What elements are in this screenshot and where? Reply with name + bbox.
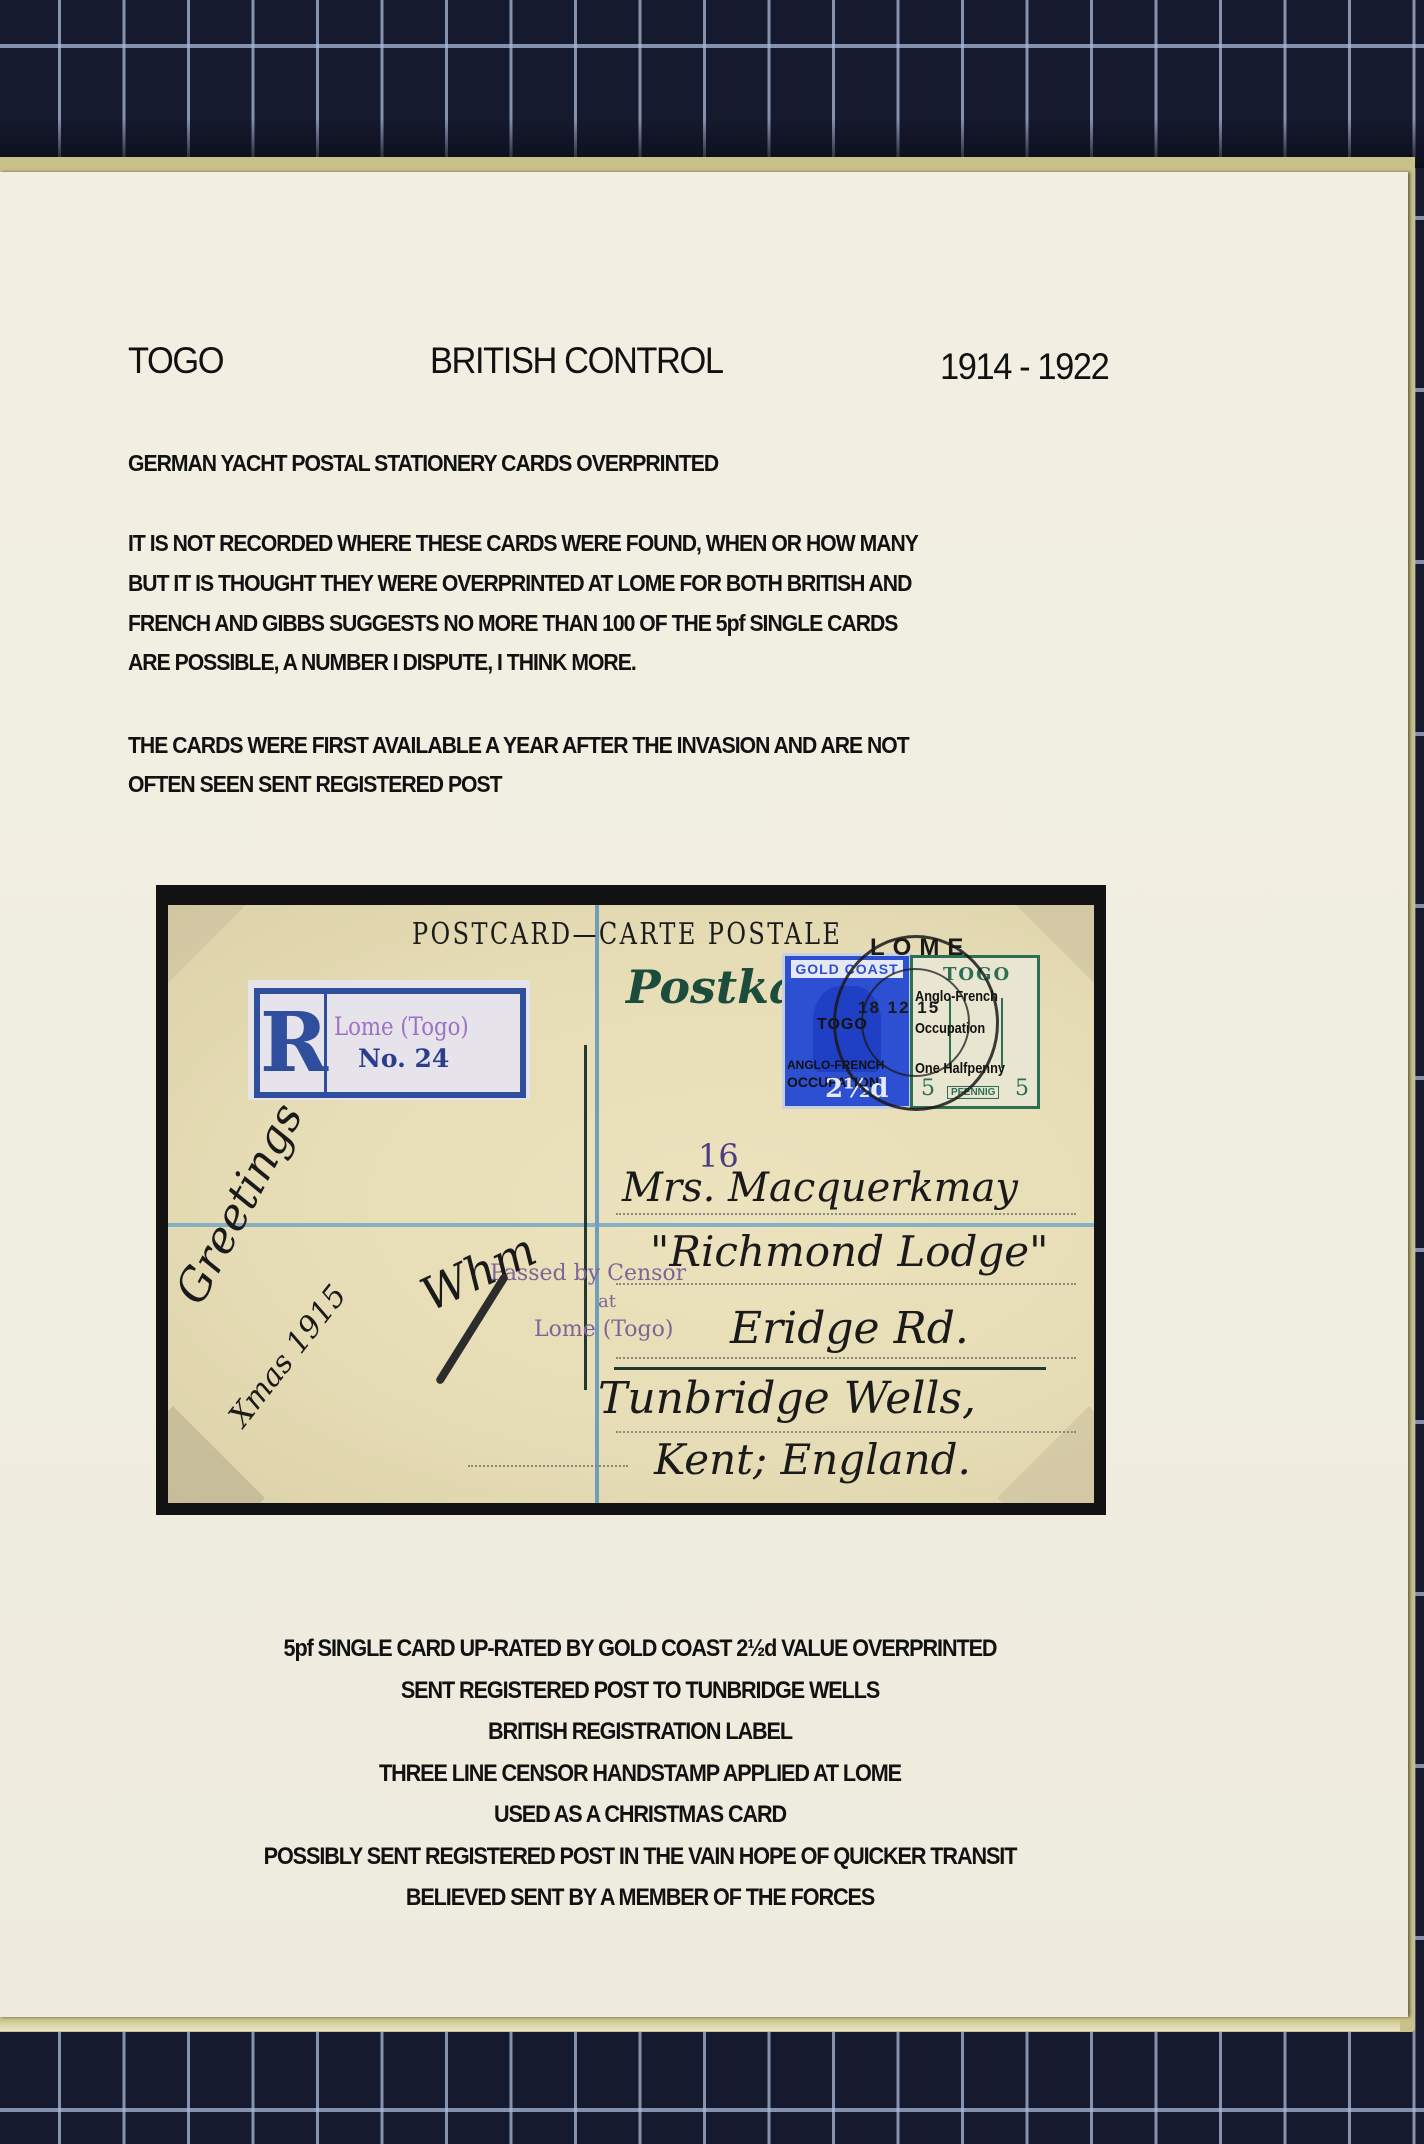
postcard: POSTCARD—CARTE POSTALE R Lome (Togo) No.… [168, 905, 1094, 1503]
paragraph2-line1: THE CARDS WERE FIRST AVAILABLE A YEAR AF… [128, 732, 909, 759]
caption-line: BELIEVED SENT BY A MEMBER OF THE FORCES [190, 1877, 1090, 1919]
caption-block: 5pf SINGLE CARD UP-RATED BY GOLD COAST 2… [140, 1628, 1140, 1919]
postmark-town: LOME [870, 934, 971, 962]
paragraph1-line1: IT IS NOT RECORDED WHERE THESE CARDS WER… [128, 530, 918, 557]
album-sheet-bottom-edge [0, 2017, 1400, 2031]
address-rule [614, 1367, 1046, 1370]
address-line-1: Mrs. Macquerkmay [622, 1165, 1018, 1211]
handwritten-date: Xmas 1915 [222, 1279, 354, 1434]
postmark-date: 18 12 15 [858, 998, 940, 1018]
registration-office: Lome (Togo) [334, 1012, 469, 1041]
registration-label: R Lome (Togo) No. 24 [248, 980, 530, 1100]
handwritten-greeting: Greetings [168, 1095, 313, 1312]
subtitle: GERMAN YACHT POSTAL STATIONERY CARDS OVE… [128, 450, 718, 477]
caption-line: BRITISH REGISTRATION LABEL [190, 1711, 1090, 1753]
registration-number: No. 24 [358, 1044, 449, 1073]
caption-line: 5pf SINGLE CARD UP-RATED BY GOLD COAST 2… [190, 1628, 1090, 1670]
header-title: BRITISH CONTROL [430, 340, 723, 382]
header-country: TOGO [128, 340, 223, 382]
address-line [468, 1465, 628, 1467]
address-line-2: "Richmond Lodge" [650, 1227, 1048, 1276]
paragraph1-line3: FRENCH AND GIBBS SUGGESTS NO MORE THAN 1… [128, 610, 897, 637]
caption-line: USED AS A CHRISTMAS CARD [190, 1794, 1090, 1836]
censor-handstamp-line2: at [598, 1291, 616, 1312]
paragraph2-line2: OFTEN SEEN SENT REGISTERED POST [128, 771, 502, 798]
caption-line: POSSIBLY SENT REGISTERED POST IN THE VAI… [190, 1836, 1090, 1878]
registration-letter: R [260, 994, 327, 1092]
header-period: 1914 - 1922 [940, 346, 1108, 388]
address-line [616, 1213, 1076, 1215]
address-line-5: Kent; England. [654, 1435, 971, 1484]
address-line-4: Tunbridge Wells, [598, 1373, 976, 1424]
photo-corner [997, 1406, 1094, 1503]
caption-line: SENT REGISTERED POST TO TUNBRIDGE WELLS [190, 1670, 1090, 1712]
postmark: LOME 18 12 15 [833, 935, 999, 1111]
caption-line: THREE LINE CENSOR HANDSTAMP APPLIED AT L… [190, 1753, 1090, 1795]
address-line [616, 1357, 1076, 1359]
handwritten-initials: Whm [412, 1222, 544, 1322]
stamp-value: 5 [1015, 1076, 1029, 1101]
paragraph1-line4: ARE POSSIBLE, A NUMBER I DISPUTE, I THIN… [128, 649, 636, 676]
postmark-inner-ring [861, 968, 970, 1077]
photo-corner [168, 905, 246, 983]
postcard-title: POSTCARD—CARTE POSTALE [412, 917, 842, 952]
address-line-3: Eridge Rd. [730, 1303, 969, 1354]
address-line [616, 1431, 1076, 1433]
paragraph1-line2: BUT IT IS THOUGHT THEY WERE OVERPRINTED … [128, 570, 911, 597]
censor-handstamp-line3: Lome (Togo) [534, 1317, 673, 1342]
